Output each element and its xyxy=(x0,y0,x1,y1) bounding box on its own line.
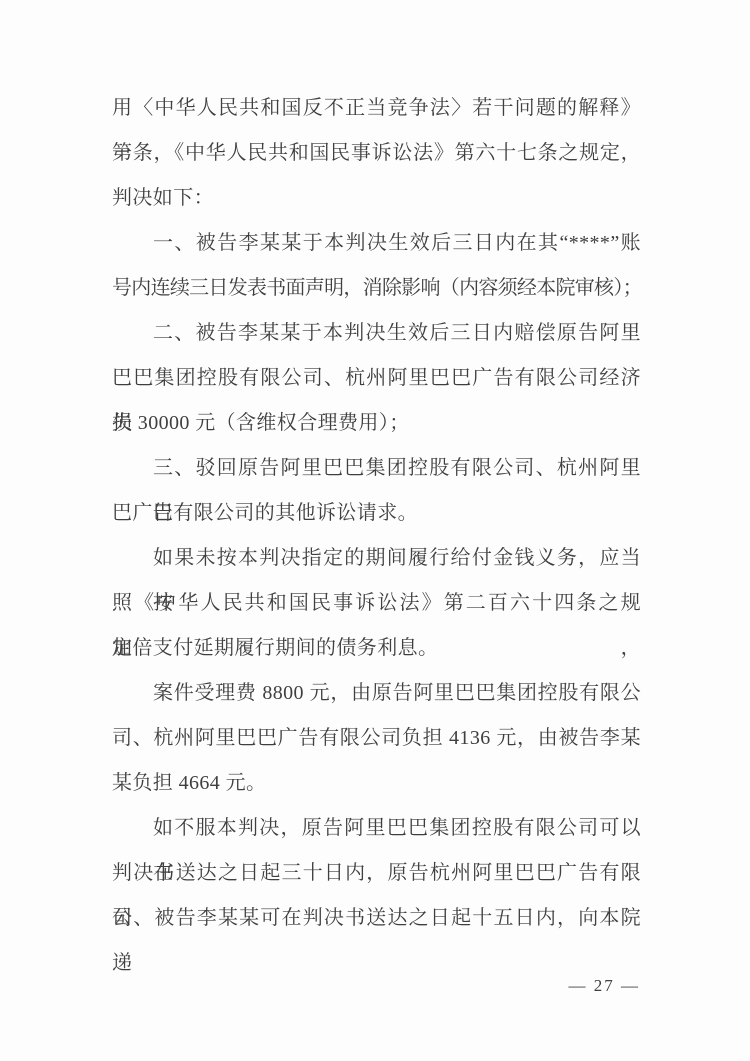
text-line: 用〈中华人民共和国反不正当竞争法〉若干问题的解释》第 xyxy=(112,86,641,131)
text-line: 判决书送达之日起三十日内，原告杭州阿里巴巴广告有限公 xyxy=(112,851,641,896)
text-line: 如不服本判决，原告阿里巴巴集团控股有限公司可以在 xyxy=(112,806,641,851)
text-line: 司、杭州阿里巴巴广告有限公司负担 4136 元，由被告李某 xyxy=(112,716,641,761)
text-line: 失 30000 元（含维权合理费用）； xyxy=(112,401,641,446)
text-line: 某负担 4664 元。 xyxy=(112,761,641,806)
text-line: 号内连续三日发表书面声明，消除影响（内容须经本院审核）； xyxy=(112,266,641,311)
text-line: 案件受理费 8800 元，由原告阿里巴巴集团控股有限公 xyxy=(112,671,641,716)
text-line: 巴广告有限公司的其他诉讼请求。 xyxy=(112,491,641,536)
text-line: 一条，《中华人民共和国民事诉讼法》第六十七条之规定， xyxy=(112,131,641,176)
text-line: 二、被告李某某于本判决生效后三日内赔偿原告阿里 xyxy=(112,311,641,356)
text-line: 巴巴集团控股有限公司、杭州阿里巴巴广告有限公司经济损 xyxy=(112,356,641,401)
text-line: 一、被告李某某于本判决生效后三日内在其“****”账 xyxy=(112,221,641,266)
text-line: 司、被告李某某可在判决书送达之日起十五日内，向本院递 xyxy=(112,896,641,941)
judgment-document-page: 用〈中华人民共和国反不正当竞争法〉若干问题的解释》第一条，《中华人民共和国民事诉… xyxy=(0,0,750,1061)
text-line: 三、驳回原告阿里巴巴集团控股有限公司、杭州阿里巴 xyxy=(112,446,641,491)
document-lines: 用〈中华人民共和国反不正当竞争法〉若干问题的解释》第一条，《中华人民共和国民事诉… xyxy=(112,86,641,941)
text-line: 照《中华人民共和国民事诉讼法》第二百六十四条之规定， xyxy=(112,581,641,626)
text-line: 判决如下： xyxy=(112,176,641,221)
page-number: — 27 — xyxy=(569,976,641,996)
text-line: 如果未按本判决指定的期间履行给付金钱义务，应当按 xyxy=(112,536,641,581)
